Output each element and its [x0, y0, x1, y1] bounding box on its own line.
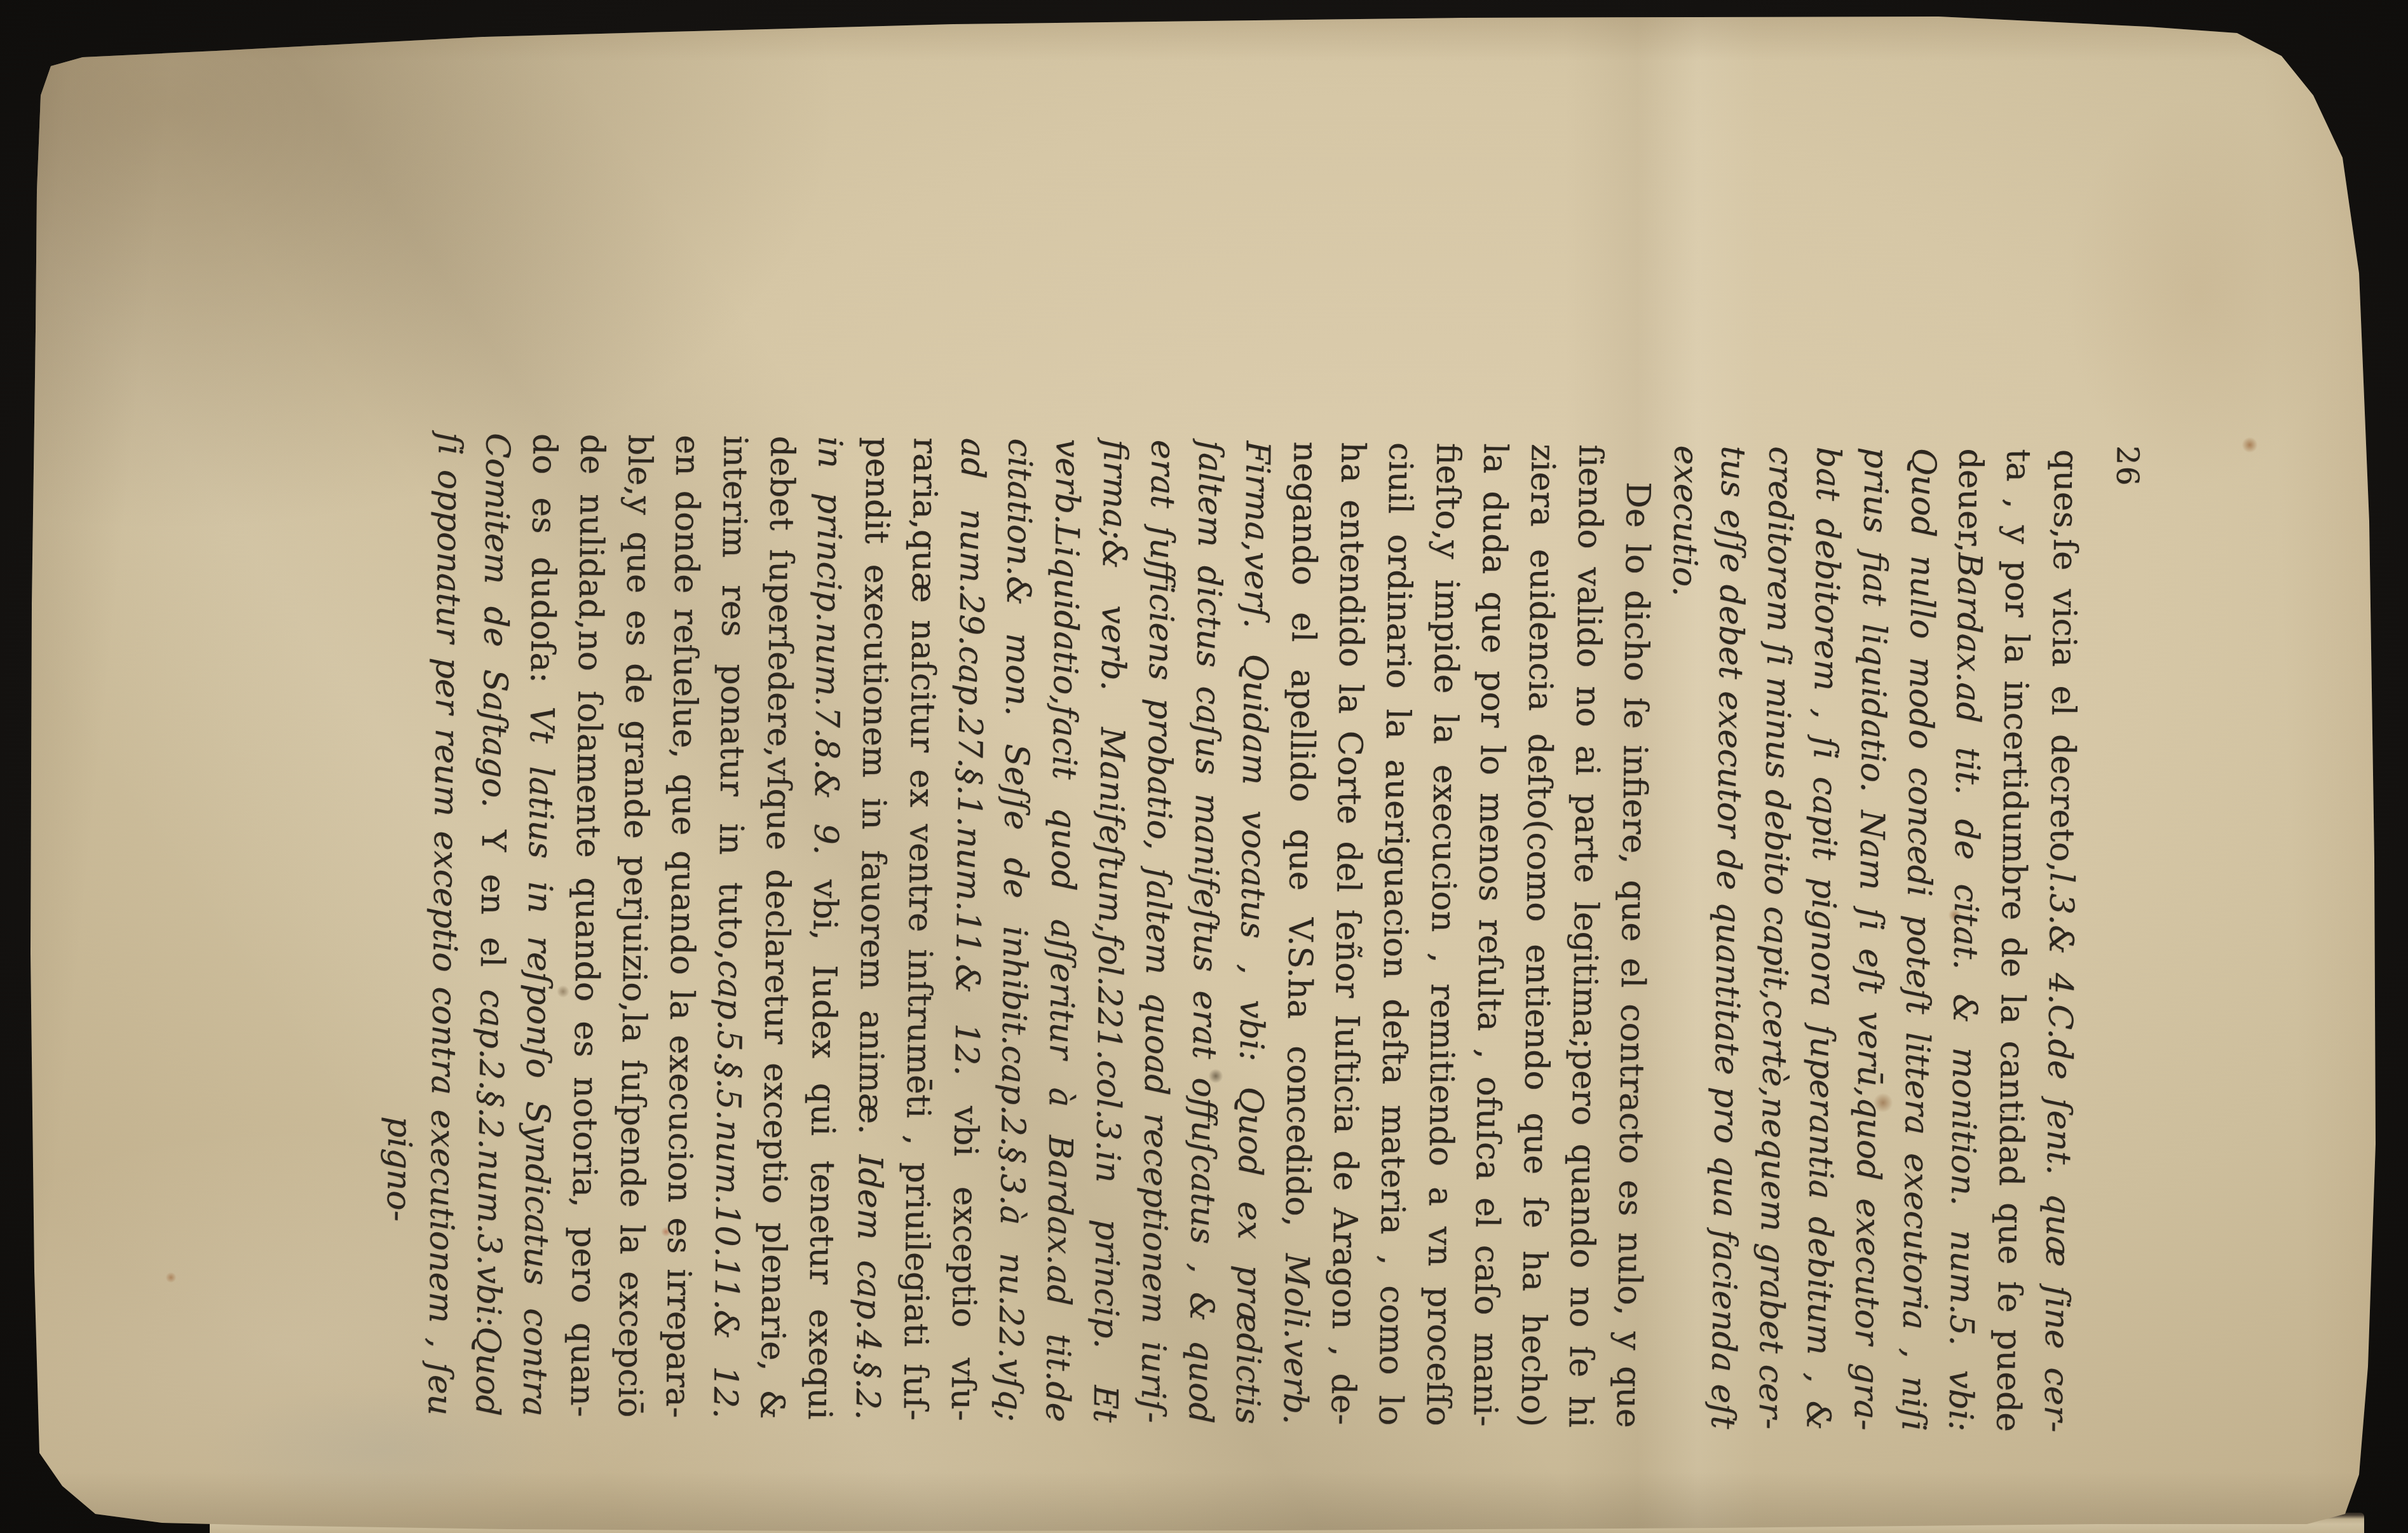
page-number: 26: [2109, 446, 2146, 487]
italic-text-segment: Idem cap.4.§.2.: [848, 1154, 889, 1420]
roman-text-segment: raria,quæ naſcitur ex ventre inſtrumēti …: [895, 437, 944, 1421]
roman-text-segment: ha entendido la Corte del ſeñor Iuſticia…: [1324, 442, 1372, 1426]
italic-text-segment: executio.: [1665, 445, 1704, 597]
roman-text-segment: interim res ponatur in tuto,: [711, 435, 754, 960]
italic-text-segment: verb.Liquidatio,facit quod aſſeritur à B…: [1038, 439, 1087, 1422]
italic-text-segment: l.3.& 4.C.de ſent. quæ ſine cer-: [2037, 872, 2081, 1433]
roman-text-segment: la duda que por lo menos reſulta , ofuſc…: [1466, 443, 1514, 1427]
italic-text-segment: bat debitorem , ſi capit pignora ſuperan…: [1799, 447, 1847, 1431]
text-line: ques,ſe vicia el decreto,l.3.& 4.C.de ſe…: [2032, 449, 2090, 1433]
italic-text-segment: Moli.verb.: [1276, 1253, 1316, 1425]
book-page-sheet: 26 ques,ſe vicia el decreto,l.3.& 4.C.de…: [0, 0, 2408, 1533]
roman-text-segment: do es dudoſa:: [523, 433, 564, 707]
photo-background: 26 ques,ſe vicia el decreto,l.3.& 4.C.de…: [0, 0, 2408, 1533]
roman-text-segment: ziera euidencia deſto(como entiendo que …: [1514, 444, 1562, 1427]
roman-text-segment: en donde reſuelue, que quando la execuci…: [658, 435, 707, 1419]
roman-text-segment: pendit executionem in fauorem animæ.: [851, 437, 897, 1155]
roman-text-segment: ciuil ordinario la aueriguacion deſta ma…: [1371, 442, 1419, 1426]
italic-text-segment: Comitem de Saſtago.: [474, 433, 517, 830]
italic-text-segment: creditorem ſi minus debito capit,certè,n…: [1752, 446, 1800, 1430]
italic-text-segment: firma;& verb. Manifeſtum,fol.221.col.3.i…: [1086, 439, 1134, 1423]
roman-text-segment: Y en el: [472, 829, 512, 989]
roman-text-segment: De lo dicho ſe infiere, que el contracto…: [1609, 482, 1657, 1429]
roman-text-segment: fieſto,y impide la execucion , remitiend…: [1418, 442, 1467, 1426]
page-content-rotated: 26 ques,ſe vicia el decreto,l.3.& 4.C.de…: [24, 0, 2408, 1475]
roman-text-segment: ſiendo valido no ai parte legitima;pero …: [1561, 444, 1610, 1428]
italic-text-segment: in princip.num.7.8.& 9.: [806, 436, 849, 880]
italic-text-segment: cap.2.§.2.num.3.vbi:Quod: [468, 989, 510, 1416]
italic-text-segment: cap.5.§.5.num.10.11.& 12.: [705, 960, 749, 1419]
catchword: pigno-: [379, 1116, 419, 1222]
italic-text-segment: Quod nullo modo concedi poteſt littera e…: [1894, 447, 1942, 1431]
roman-text-segment: negando el apellido que V.S.ha concedido…: [1278, 441, 1324, 1253]
italic-text-segment: Vt latius in reſponſo Syndicatus contra: [515, 706, 561, 1417]
italic-text-segment: erat ſufficiens probatio, ſaltem quoad r…: [1133, 440, 1181, 1424]
roman-text-segment: ques,ſe vicia el decreto,: [2043, 449, 2085, 873]
roman-text-segment: ta , y por la incertidumbre de la cantid…: [1989, 449, 2037, 1433]
italic-text-segment: ad num.29.cap.27.§.1.num.11.& 12.: [946, 438, 991, 1107]
roman-text-segment: vbi exceptio vſu-: [943, 1106, 984, 1421]
roman-text-segment: debet ſuperſedere,vſque declaretur excep…: [753, 435, 801, 1419]
roman-text-segment: ble,y que es de grande perjuizio,la ſuſp…: [611, 434, 659, 1418]
italic-text-segment: ſi opponatur per reum exceptio contra ex…: [421, 432, 469, 1416]
italic-text-segment: Bardax.ad tit. de citat. & monition. num…: [1942, 552, 1989, 1432]
text-block: ques,ſe vicia el decreto,l.3.& 4.C.de ſe…: [416, 432, 2090, 1433]
italic-text-segment: tus eſſe debet executor de quantitate pr…: [1704, 446, 1752, 1429]
italic-text-segment: citation.& mon. Seſſe de inhibit.cap.2.§…: [991, 438, 1039, 1422]
italic-text-segment: prius fiat liquidatio. Nam ſi eſt verū,q…: [1846, 447, 1894, 1431]
roman-text-segment: vbi, Iudex qui tenetur exequi: [801, 879, 845, 1419]
italic-text-segment: ſaltem dictus caſus manifeſtus erat offu…: [1181, 440, 1229, 1424]
roman-text-segment: de nulidad,no ſolamente quando es notori…: [563, 433, 611, 1417]
italic-text-segment: Firma,verſ. Quidam vocatus , vbi: Quod e…: [1228, 440, 1277, 1424]
roman-text-segment: deuer,: [1950, 448, 1990, 553]
